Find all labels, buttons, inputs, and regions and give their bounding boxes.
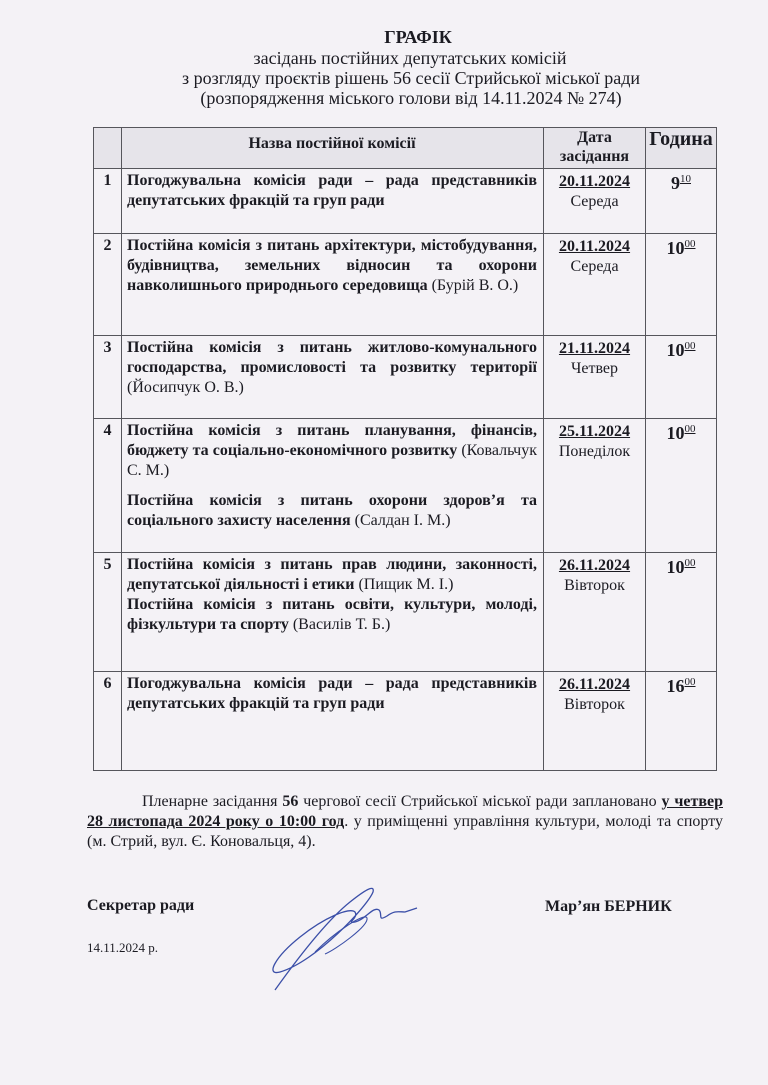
meeting-date-cell: 25.11.2024Понеділок xyxy=(544,419,646,553)
commission-name: Погоджувальна комісія ради – рада предст… xyxy=(127,171,537,211)
row-number: 4 xyxy=(94,419,122,553)
meeting-hour: 10 xyxy=(667,340,685,360)
table-row: 1Погоджувальна комісія ради – рада предс… xyxy=(94,169,717,234)
plenary-notice: Пленарне засідання 56 чергової сесії Стр… xyxy=(87,792,723,852)
row-number: 1 xyxy=(94,169,122,234)
meeting-date: 25.11.2024 xyxy=(544,419,645,442)
commission-name-cell: Постійна комісія з питань архітектури, м… xyxy=(122,234,544,336)
header-name: Назва постійної комісії xyxy=(122,128,544,169)
header-date-line1: Дата xyxy=(544,128,645,147)
meeting-date: 20.11.2024 xyxy=(544,234,645,257)
meeting-date: 26.11.2024 xyxy=(544,553,645,576)
meeting-date-cell: 26.11.2024Вівторок xyxy=(544,553,646,672)
table-row: 3Постійна комісія з питань житлово-комун… xyxy=(94,336,717,419)
row-number: 6 xyxy=(94,672,122,771)
meeting-time: 1000 xyxy=(646,553,716,578)
row-number: 3 xyxy=(94,336,122,419)
commission-chair: (Василів Т. Б.) xyxy=(289,616,390,633)
commission-chair: (Йосипчук О. В.) xyxy=(127,379,244,396)
meeting-time-cell: 1000 xyxy=(646,234,717,336)
row-number-text: 6 xyxy=(94,672,121,693)
meeting-time: 1000 xyxy=(646,419,716,444)
commission-title: Постійна комісія з питань охорони здоров… xyxy=(127,492,537,529)
table-row: 5Постійна комісія з питань прав людини, … xyxy=(94,553,717,672)
meeting-date: 21.11.2024 xyxy=(544,336,645,359)
commission-name-cell: Погоджувальна комісія ради – рада предст… xyxy=(122,672,544,771)
row-number: 5 xyxy=(94,553,122,672)
subtitle-line-1: засідань постійних депутатських комісій xyxy=(52,48,768,68)
signature-date: 14.11.2024 р. xyxy=(87,940,158,956)
meeting-minutes: 00 xyxy=(685,238,696,250)
meeting-time-cell: 910 xyxy=(646,169,717,234)
meeting-date-cell: 20.11.2024Середа xyxy=(544,234,646,336)
commission-chair: (Бурій В. О.) xyxy=(428,277,519,294)
row-number-text: 3 xyxy=(94,336,121,357)
meeting-time-cell: 1000 xyxy=(646,419,717,553)
meeting-minutes: 10 xyxy=(680,173,691,185)
signatory-name: Мар’ян БЕРНИК xyxy=(545,898,672,916)
row-number-text: 5 xyxy=(94,553,121,574)
row-number-text: 2 xyxy=(94,234,121,255)
commission-title: Постійна комісія з питань житлово-комуна… xyxy=(127,339,537,376)
commission-name-cell: Постійна комісія з питань планування, фі… xyxy=(122,419,544,553)
commission-title: Постійна комісія з питань прав людини, з… xyxy=(127,556,537,593)
table-header-row: Назва постійної комісії Дата засідання Г… xyxy=(94,128,717,169)
document-title: ГРАФІК xyxy=(68,26,768,48)
meeting-time-cell: 1000 xyxy=(646,336,717,419)
meeting-weekday: Понеділок xyxy=(544,442,645,462)
table-row: 2Постійна комісія з питань архітектури, … xyxy=(94,234,717,336)
meeting-minutes: 00 xyxy=(685,423,696,435)
meeting-hour: 10 xyxy=(667,557,685,577)
row-number: 2 xyxy=(94,234,122,336)
table-row: 6Погоджувальна комісія ради – рада предс… xyxy=(94,672,717,771)
commission-name-cell: Постійна комісія з питань житлово-комуна… xyxy=(122,336,544,419)
commission-name: Постійна комісія з питань охорони здоров… xyxy=(127,491,537,531)
meeting-date-cell: 21.11.2024Четвер xyxy=(544,336,646,419)
meeting-weekday: Середа xyxy=(544,257,645,277)
plenary-session-number: 56 xyxy=(282,793,298,810)
plenary-text-2: чергової сесії Стрийської міської ради з… xyxy=(298,793,661,810)
meeting-time: 910 xyxy=(646,169,716,194)
meeting-weekday: Вівторок xyxy=(544,576,645,596)
meeting-date: 26.11.2024 xyxy=(544,672,645,695)
meeting-minutes: 00 xyxy=(685,340,696,352)
table-row: 4Постійна комісія з питань планування, ф… xyxy=(94,419,717,553)
header-time: Година xyxy=(646,128,717,169)
meeting-time: 1600 xyxy=(646,672,716,697)
document-header: ГРАФІК засідань постійних депутатських к… xyxy=(0,26,768,108)
commission-name: Постійна комісія з питань планування, фі… xyxy=(127,421,537,481)
schedule-table: Назва постійної комісії Дата засідання Г… xyxy=(93,127,717,771)
meeting-weekday: Вівторок xyxy=(544,695,645,715)
commission-title: Погоджувальна комісія ради – рада предст… xyxy=(127,675,537,712)
meeting-date-cell: 26.11.2024Вівторок xyxy=(544,672,646,771)
meeting-time: 1000 xyxy=(646,234,716,259)
subtitle-line-3: (розпорядження міського голови від 14.11… xyxy=(54,88,768,108)
commission-name: Погоджувальна комісія ради – рада предст… xyxy=(127,674,537,714)
meeting-minutes: 00 xyxy=(685,557,696,569)
handwritten-signature xyxy=(255,862,455,992)
meeting-time-cell: 1000 xyxy=(646,553,717,672)
commission-name-cell: Погоджувальна комісія ради – рада предст… xyxy=(122,169,544,234)
row-number-text: 4 xyxy=(94,419,121,440)
meeting-hour: 10 xyxy=(667,238,685,258)
meeting-date-cell: 20.11.2024Середа xyxy=(544,169,646,234)
commission-name: Постійна комісія з питань архітектури, м… xyxy=(127,236,537,296)
header-date-line2: засідання xyxy=(544,147,645,166)
meeting-weekday: Четвер xyxy=(544,359,645,379)
meeting-date: 20.11.2024 xyxy=(544,169,645,192)
meeting-hour: 10 xyxy=(667,423,685,443)
commission-name: Постійна комісія з питань освіти, культу… xyxy=(127,595,537,635)
row-number-text: 1 xyxy=(94,169,121,190)
meeting-minutes: 00 xyxy=(685,676,696,688)
meeting-weekday: Середа xyxy=(544,192,645,212)
commission-chair: (Пищик М. І.) xyxy=(354,576,453,593)
commission-name: Постійна комісія з питань житлово-комуна… xyxy=(127,338,537,398)
meeting-hour: 16 xyxy=(667,676,685,696)
commission-title: Погоджувальна комісія ради – рада предст… xyxy=(127,172,537,209)
commission-name: Постійна комісія з питань прав людини, з… xyxy=(127,555,537,595)
signatory-position: Секретар ради xyxy=(87,897,194,915)
meeting-hour: 9 xyxy=(671,173,680,193)
commission-chair: (Салдан І. М.) xyxy=(351,512,451,529)
meeting-time: 1000 xyxy=(646,336,716,361)
plenary-text-1: Пленарне засідання xyxy=(142,793,282,810)
header-num xyxy=(94,128,122,169)
commission-name-cell: Постійна комісія з питань прав людини, з… xyxy=(122,553,544,672)
table-body: 1Погоджувальна комісія ради – рада предс… xyxy=(94,169,717,771)
subtitle-line-2: з розгляду проєктів рішень 56 сесії Стри… xyxy=(54,68,768,88)
header-date: Дата засідання xyxy=(544,128,646,169)
meeting-time-cell: 1600 xyxy=(646,672,717,771)
